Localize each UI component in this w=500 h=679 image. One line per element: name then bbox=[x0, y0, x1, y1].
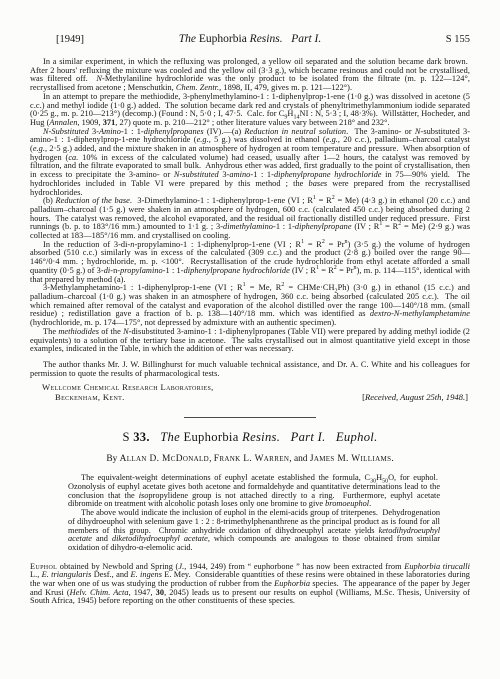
address-block: Wellcome Chemical Research Laboratories,… bbox=[30, 383, 470, 402]
section-divider-rule bbox=[184, 417, 316, 418]
acknowledgment-paragraph: The author thanks Mr. J. W. Billinghurst… bbox=[30, 361, 470, 378]
received-date: [Received, August 25th, 1948.] bbox=[362, 393, 468, 403]
address-line-2: Beckenham, Kent. bbox=[55, 393, 125, 403]
journal-page: [1949] The Euphorbia Resins. Part I. S 1… bbox=[0, 0, 500, 606]
running-head-title: The Euphorbia Resins. Part I. bbox=[30, 33, 470, 45]
article-body: Euphol obtained by Newbold and Spring (J… bbox=[30, 563, 470, 607]
article-abstract: The equivalent-weight determinations of … bbox=[68, 474, 440, 552]
experimental-paragraph: In an attempt to prepare the methiodide,… bbox=[30, 93, 470, 128]
running-head-page-number: S 155 bbox=[446, 34, 470, 45]
body-paragraph: Euphol obtained by Newbold and Spring (J… bbox=[30, 563, 470, 607]
article-title: S 33. The Euphorbia Resins. Part I. Euph… bbox=[30, 430, 470, 445]
experimental-paragraph: In the reduction of 3-di-n-propylamino-1… bbox=[30, 241, 470, 285]
abstract-paragraph: The equivalent-weight determinations of … bbox=[68, 474, 440, 509]
address-row: Beckenham, Kent. [Received, August 25th,… bbox=[30, 393, 470, 403]
experimental-paragraph: In a similar experiment, in which the re… bbox=[30, 58, 470, 93]
experimental-section: In a similar experiment, in which the re… bbox=[30, 58, 470, 378]
experimental-paragraph: 3-Methylamphetamino-1 : 1-diphenylprop-1… bbox=[30, 284, 470, 328]
experimental-paragraph: (b) Reduction of the base. 3-Dimethylami… bbox=[30, 197, 470, 241]
article-byline: By Allan D. McDonald, Frank L. Warren, a… bbox=[30, 454, 470, 464]
experimental-paragraph: N-Substituted 3-Amino-1 : 1-diphenylprop… bbox=[30, 128, 470, 198]
abstract-paragraph: The above would indicate the inclusion o… bbox=[68, 509, 440, 553]
running-head: [1949] The Euphorbia Resins. Part I. S 1… bbox=[30, 34, 470, 48]
experimental-paragraph: The methiodides of the N-disubstituted 3… bbox=[30, 328, 470, 354]
